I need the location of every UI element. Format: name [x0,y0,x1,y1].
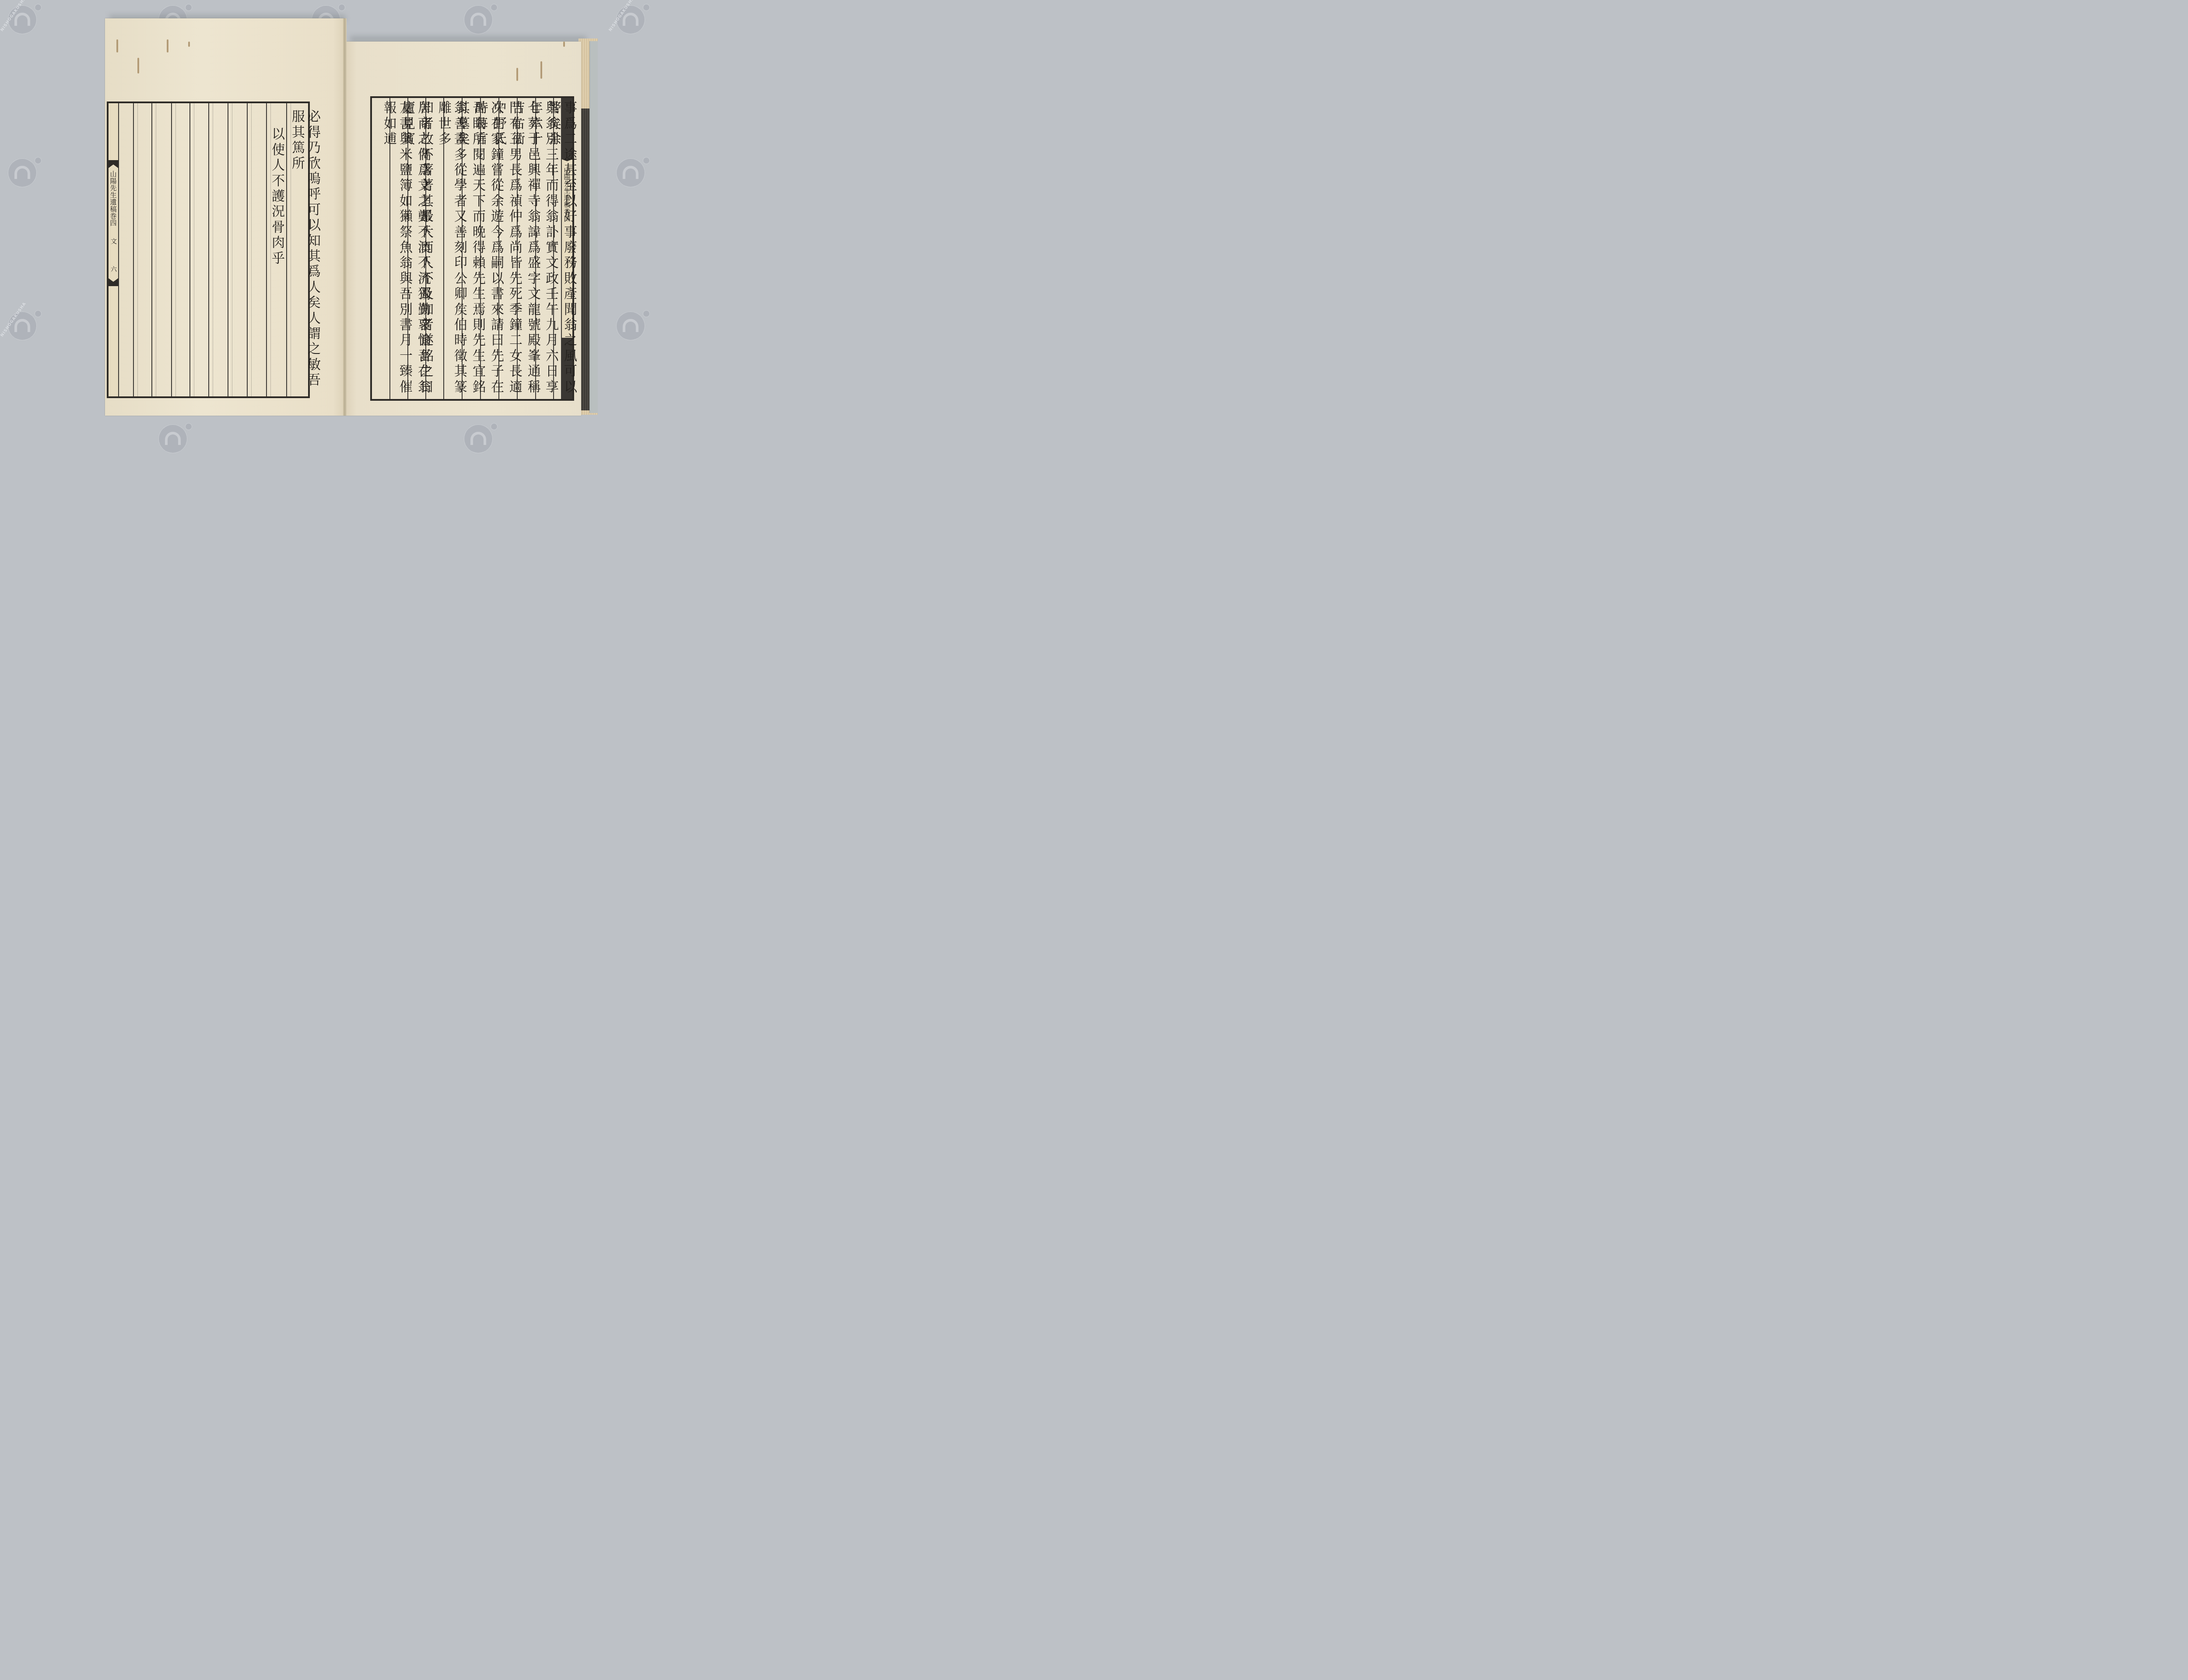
watermark-logo-icon [158,424,187,453]
column-rule [208,103,209,396]
left-hanshin-title: 山陽先生遺稿巻四 [109,171,118,227]
column-rule [189,103,190,396]
left-text-frame: 山陽先生遺稿巻四 文 六 必得乃欣嗚呼可以知其爲人矣人謂之敏吾服其篤所 以使人不… [107,101,310,398]
column-rule-faint [232,103,232,396]
column-rule-faint [251,103,252,396]
fishtail-mark-top [109,160,118,168]
column-rule [266,103,267,396]
right-text-column-7: 翁善畫多從學者又善刻印公卿矦伯時徵其篆雕世多 [435,101,467,399]
watermark-logo-icon [464,5,493,34]
book-fore-edge [579,38,598,415]
column-rule-faint [156,103,156,396]
column-rule [228,103,228,396]
column-rule [151,103,152,396]
watermark-logo-icon [464,424,493,453]
binding-thread-mark [188,42,190,47]
binding-thread-mark [116,39,118,52]
column-rule [286,103,287,396]
left-text-column-2: 以使人不護況骨肉乎 [269,127,284,266]
left-hanshin-section: 文 [109,238,118,244]
column-rule [118,103,119,396]
column-rule-faint [194,103,194,396]
column-rule [133,103,134,396]
binding-thread-mark [516,68,518,81]
binding-thread-mark [563,42,565,47]
column-rule-faint [137,103,138,396]
right-text-column-10: 友書與米鹽簿如獺祭魚翁與吾別書月一臻催報如逋 [381,101,412,399]
watermark-logo-icon [8,158,37,187]
left-text-column-1: 必得乃欣嗚呼可以知其爲人矣人謂之敏吾服其篤所 [289,109,320,396]
right-text-frame: 山陽先生遺稿巻四 事爲二途甚至以好事廢務敗產聞翁之風可以警矣余 與翁別三年而得翁… [370,96,574,401]
book-scan-scene: NISHOGAKUSHA NISHOGAKUSHA NISHOGAKUSHA 山… [0,0,686,457]
column-rule [247,103,248,396]
column-rule [171,103,172,396]
binding-thread-mark [167,39,168,52]
column-rule-faint [213,103,213,396]
watermark-logo-icon [616,158,645,187]
left-hanshin-page: 六 [109,266,118,272]
book-gutter [343,18,347,416]
watermark-logo-icon [8,311,37,340]
binding-thread-mark [540,61,542,79]
book-cover-edge [589,41,598,413]
watermark-logo-icon [616,311,645,340]
fishtail-mark-bottom [109,278,118,286]
column-rule-faint [175,103,176,396]
binding-thread-mark [137,58,139,73]
left-hanshin: 山陽先生遺稿巻四 文 六 [109,103,118,396]
